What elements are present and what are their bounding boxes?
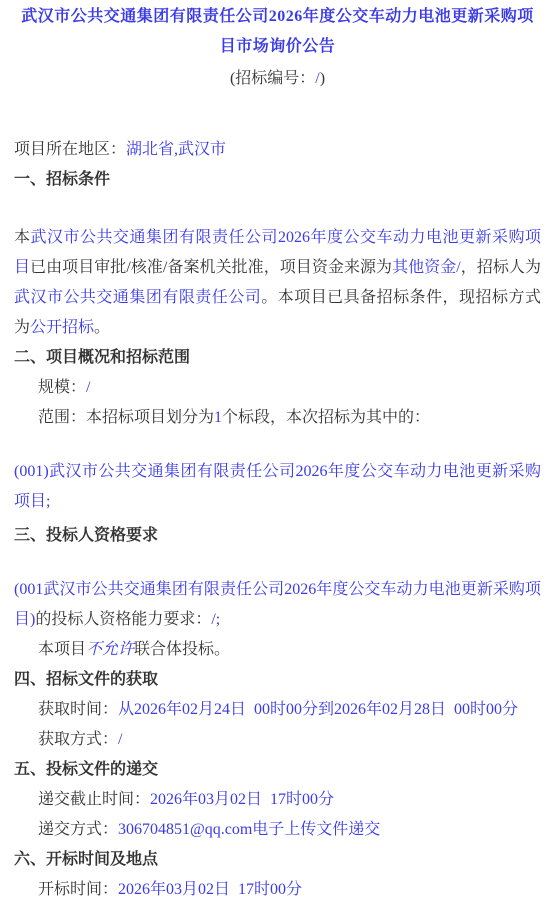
bid-number-suffix: ): [320, 70, 325, 87]
scope-text-1: 范围：本招标项目划分为: [38, 409, 214, 426]
submit-method-label: 递交方式：: [38, 821, 118, 838]
announcement-document: 武汉市公共交通集团有限责任公司2026年度公交车动力电池更新采购项目市场询价公告…: [0, 0, 553, 909]
bidding-conditions-paragraph: 本武汉市公共交通集团有限责任公司2026年度公交车动力电池更新采购项目已由项目审…: [14, 223, 541, 343]
section-2-heading: 二、项目概况和招标范围: [14, 343, 541, 373]
bidder-name: 武汉市公共交通集团有限责任公司: [14, 289, 261, 306]
lot-count-value: 1: [214, 409, 222, 426]
jv-text-2: 联合体投标。: [134, 641, 230, 658]
obtain-method-line: 获取方式：/: [14, 725, 541, 755]
obtain-method-value: /: [118, 731, 122, 748]
opening-time-value: 2026年03月02日 17时00分: [118, 881, 302, 898]
joint-venture-line: 本项目不允许联合体投标。: [14, 635, 541, 665]
qualification-line: (001武汉市公共交通集团有限责任公司2026年度公交车动力电池更新采购项目)的…: [14, 575, 541, 635]
section-4-heading: 四、招标文件的获取: [14, 665, 541, 695]
para-period: 。: [94, 319, 110, 336]
qualification-value: /;: [211, 611, 220, 628]
opening-time-label: 开标时间：: [38, 881, 118, 898]
jv-text-1: 本项目: [38, 641, 86, 658]
page-title: 武汉市公共交通集团有限责任公司2026年度公交车动力电池更新采购项目市场询价公告: [14, 2, 541, 62]
obtain-time-label: 获取时间：: [38, 701, 118, 718]
section-6-heading: 六、开标时间及地点: [14, 845, 541, 875]
obtain-time-line: 获取时间：从2026年02月24日 00时00分到2026年02月28日 00时…: [14, 695, 541, 725]
qualification-label: 的投标人资格能力要求：: [35, 611, 211, 628]
region-value: 湖北省,武汉市: [126, 141, 226, 158]
lot-001-line: (001)武汉市公共交通集团有限责任公司2026年度公交车动力电池更新采购项目;: [14, 457, 541, 517]
submit-method-value: 306704851@qq.com电子上传文件递交: [118, 821, 380, 838]
submit-deadline-value: 2026年03月02日 17时00分: [150, 791, 334, 808]
jv-not-allowed-value: 不允许: [86, 641, 134, 658]
para-bidder-text: ，招标人为: [461, 259, 541, 276]
scale-line: 规模：/: [14, 373, 541, 403]
submit-method-line: 递交方式：306704851@qq.com电子上传文件递交: [14, 815, 541, 845]
scope-line: 范围：本招标项目划分为1个标段，本次招标为其中的：: [14, 403, 541, 433]
para-approval-text: 已由项目审批/核准/备案机关批准，项目资金来源为: [30, 259, 392, 276]
lot-001-value: (001)武汉市公共交通集团有限责任公司2026年度公交车动力电池更新采购项目;: [14, 463, 541, 510]
obtain-method-label: 获取方式：: [38, 731, 118, 748]
section-5-heading: 五、投标文件的递交: [14, 755, 541, 785]
submit-deadline-label: 递交截止时间：: [38, 791, 150, 808]
fund-source-value: 其他资金/: [392, 259, 461, 276]
scope-text-2: 个标段，本次招标为其中的：: [222, 409, 430, 426]
opening-time-line: 开标时间：2026年03月02日 17时00分: [14, 875, 541, 905]
bidding-method-value: 公开招标: [30, 319, 94, 336]
submit-deadline-line: 递交截止时间：2026年03月02日 17时00分: [14, 785, 541, 815]
bid-number-label: (招标编号：: [230, 70, 315, 87]
project-region-line: 项目所在地区：湖北省,武汉市: [14, 135, 541, 165]
scale-value: /: [86, 379, 90, 396]
section-3-heading: 三、投标人资格要求: [14, 521, 541, 551]
bid-number-line: (招标编号：/): [14, 64, 541, 94]
section-1-heading: 一、招标条件: [14, 165, 541, 195]
scale-label: 规模：: [38, 379, 86, 396]
region-label: 项目所在地区：: [14, 141, 126, 158]
para-prefix: 本: [14, 229, 31, 246]
obtain-time-value: 从2026年02月24日 00时00分到2026年02月28日 00时00分: [118, 701, 518, 718]
